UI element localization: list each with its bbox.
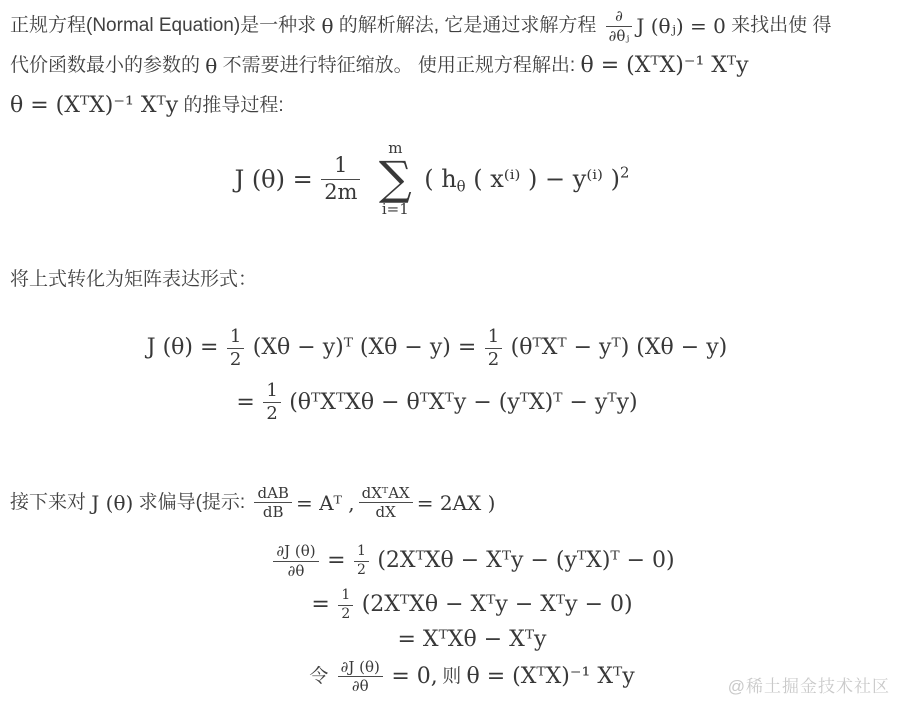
intro-line-2: 代价函数最小的参数的 θ 不需要进行特征缩放。 使用正规方程解出: θ = (X…	[10, 46, 894, 86]
j-theta-symbol: J (θ)	[91, 491, 133, 515]
equation-body-mid: ( x⁽ⁱ⁾ ) − y⁽ⁱ⁾ )	[466, 165, 620, 193]
fraction-denominator: 2	[338, 606, 353, 623]
fraction-denominator: ∂θ	[273, 562, 318, 580]
theta-symbol: θ	[205, 54, 217, 78]
equation-term: (θᵀXᵀXθ − θᵀXᵀy − (yᵀX)ᵀ − yᵀy)	[289, 390, 637, 415]
fraction-denominator: dB	[254, 503, 291, 521]
cost-function-equation: J (θ) = 12m m∑i=1 ( hθ ( x⁽ⁱ⁾ ) − y⁽ⁱ⁾ )…	[0, 141, 904, 218]
one-half-fraction: 12	[354, 544, 369, 578]
equation-term: (2XᵀXθ − Xᵀy − (yᵀX)ᵀ − 0)	[377, 548, 674, 573]
intro-text: 正规方程(Normal Equation)是一种求	[10, 15, 321, 36]
fraction-numerator: 1	[485, 327, 502, 349]
partial-j-theta-fraction: ∂J (θ)∂θ	[338, 659, 383, 696]
derivative-hint-line: 接下来对 J (θ) 求偏导(提示: dABdB= Aᵀ ,dXᵀAXdX= 2…	[10, 480, 894, 526]
equation-lhs: J (θ) =	[147, 335, 219, 360]
fraction-denominator: 2	[263, 403, 280, 424]
equation-body: ( hθ ( x⁽ⁱ⁾ ) − y⁽ⁱ⁾ )2	[424, 165, 629, 193]
one-half-fraction: 12	[485, 327, 502, 370]
fraction-numerator: ∂J (θ)	[273, 543, 318, 562]
fraction-denominator: ∂θ	[338, 677, 383, 695]
fraction-numerator: dAB	[254, 485, 291, 504]
equation-body-pre: ( h	[424, 165, 456, 193]
matrix-equation-line-1: J (θ) = 12 (Xθ − y)ᵀ (Xθ − y) = 12 (θᵀXᵀ…	[0, 323, 874, 373]
fraction-numerator: ∂J (θ)	[338, 659, 383, 678]
final-solution: θ = (XᵀX)⁻¹ Xᵀy	[467, 664, 635, 689]
fraction-numerator: ∂	[606, 8, 633, 27]
matrix-cost-equation: J (θ) = 12 (Xθ − y)ᵀ (Xθ − y) = 12 (θᵀXᵀ…	[0, 323, 904, 427]
fraction-numerator: 1	[263, 381, 280, 403]
hint-text: 求偏导(提示:	[133, 492, 250, 513]
fraction-denominator: 2	[485, 349, 502, 370]
fraction-denominator: 2	[354, 562, 369, 579]
summation-lower-limit: i=1	[382, 202, 409, 217]
fraction-numerator: dXᵀAX	[359, 485, 413, 504]
fraction-numerator: 1	[321, 154, 360, 180]
equation-term: = 0,	[391, 664, 437, 689]
equals-sign: =	[311, 592, 329, 617]
intro-line-3: θ = (XᵀX)⁻¹ Xᵀy 的推导过程:	[10, 86, 894, 126]
equals-sign: =	[236, 390, 254, 415]
equals-sign: =	[327, 548, 345, 573]
normal-equation-solution: θ = (XᵀX)⁻¹ Xᵀy	[10, 93, 178, 118]
equation-term: (θᵀXᵀ − yᵀ) (Xθ − y)	[511, 335, 728, 360]
one-half-fraction: 12	[338, 588, 353, 622]
intro-paragraph: 正规方程(Normal Equation)是一种求 θ 的解析解法, 它是通过求…	[0, 0, 904, 127]
intro-text: 不需要进行特征缩放。 使用正规方程解出:	[217, 55, 580, 76]
one-half-fraction: 12	[263, 381, 280, 424]
let-text: 令	[309, 666, 333, 687]
derivation-line-1: ∂J (θ)∂θ = 12 (2XᵀXθ − Xᵀy − (yᵀX)ᵀ − 0)	[40, 536, 904, 586]
matrix-form-label: 将上式转化为矩阵表达形式：	[10, 267, 894, 293]
fraction-denominator: ∂θⱼ	[606, 27, 633, 45]
fraction-denominator: 2m	[321, 180, 360, 205]
square-exponent: 2	[620, 163, 629, 181]
fraction-numerator: 1	[227, 327, 244, 349]
equation-term: (Xθ − y)ᵀ (Xθ − y) =	[253, 335, 477, 360]
theta-symbol: θ	[321, 14, 333, 38]
one-half-fraction: 12	[227, 327, 244, 370]
sigma-icon: ∑	[379, 157, 412, 201]
equation-term: (2XᵀXθ − Xᵀy − Xᵀy − 0)	[362, 592, 633, 617]
intro-line-1: 正规方程(Normal Equation)是一种求 θ 的解析解法, 它是通过求…	[10, 6, 894, 46]
summation-symbol: m∑i=1	[379, 141, 412, 218]
hint-text: 接下来对	[10, 492, 91, 513]
cost-derivative-equation: J (θⱼ) = 0	[636, 14, 726, 38]
h-theta-subscript: θ	[457, 177, 466, 195]
hint-equation: = 2AX )	[417, 491, 496, 515]
equation-term: = XᵀXθ − Xᵀy	[398, 627, 547, 652]
derivation-line-3: = XᵀXθ − Xᵀy	[40, 625, 904, 655]
fraction-numerator: 1	[338, 588, 353, 606]
fraction-numerator: 1	[354, 544, 369, 562]
watermark: @稀土掘金技术社区	[728, 672, 890, 697]
fraction-denominator: 2	[227, 349, 244, 370]
derivation-line-2: = 12 (2XᵀXθ − Xᵀy − Xᵀy − 0)	[40, 586, 904, 624]
partial-j-theta-fraction: ∂J (θ)∂θ	[273, 543, 318, 580]
intro-text: 来找出使 得	[726, 15, 832, 36]
matrix-equation-line-2: = 12 (θᵀXᵀXθ − θᵀXᵀy − (yᵀX)ᵀ − yᵀy)	[0, 378, 874, 428]
partial-derivative-fraction: ∂∂θⱼ	[606, 8, 633, 45]
intro-text: 的解析解法, 它是通过求解方程	[334, 15, 602, 36]
one-over-2m-fraction: 12m	[321, 154, 360, 204]
intro-text: 代价函数最小的参数的	[10, 55, 205, 76]
equation-lhs: J (θ) =	[235, 165, 313, 193]
fraction-denominator: dX	[359, 503, 413, 521]
dab-db-fraction: dABdB	[254, 485, 291, 522]
intro-text: 的推导过程:	[178, 95, 284, 116]
then-text: 则	[442, 666, 466, 687]
normal-equation-solution: θ = (XᵀX)⁻¹ Xᵀy	[580, 53, 748, 78]
dxtax-dx-fraction: dXᵀAXdX	[359, 485, 413, 522]
hint-equation: = Aᵀ ,	[296, 491, 355, 515]
